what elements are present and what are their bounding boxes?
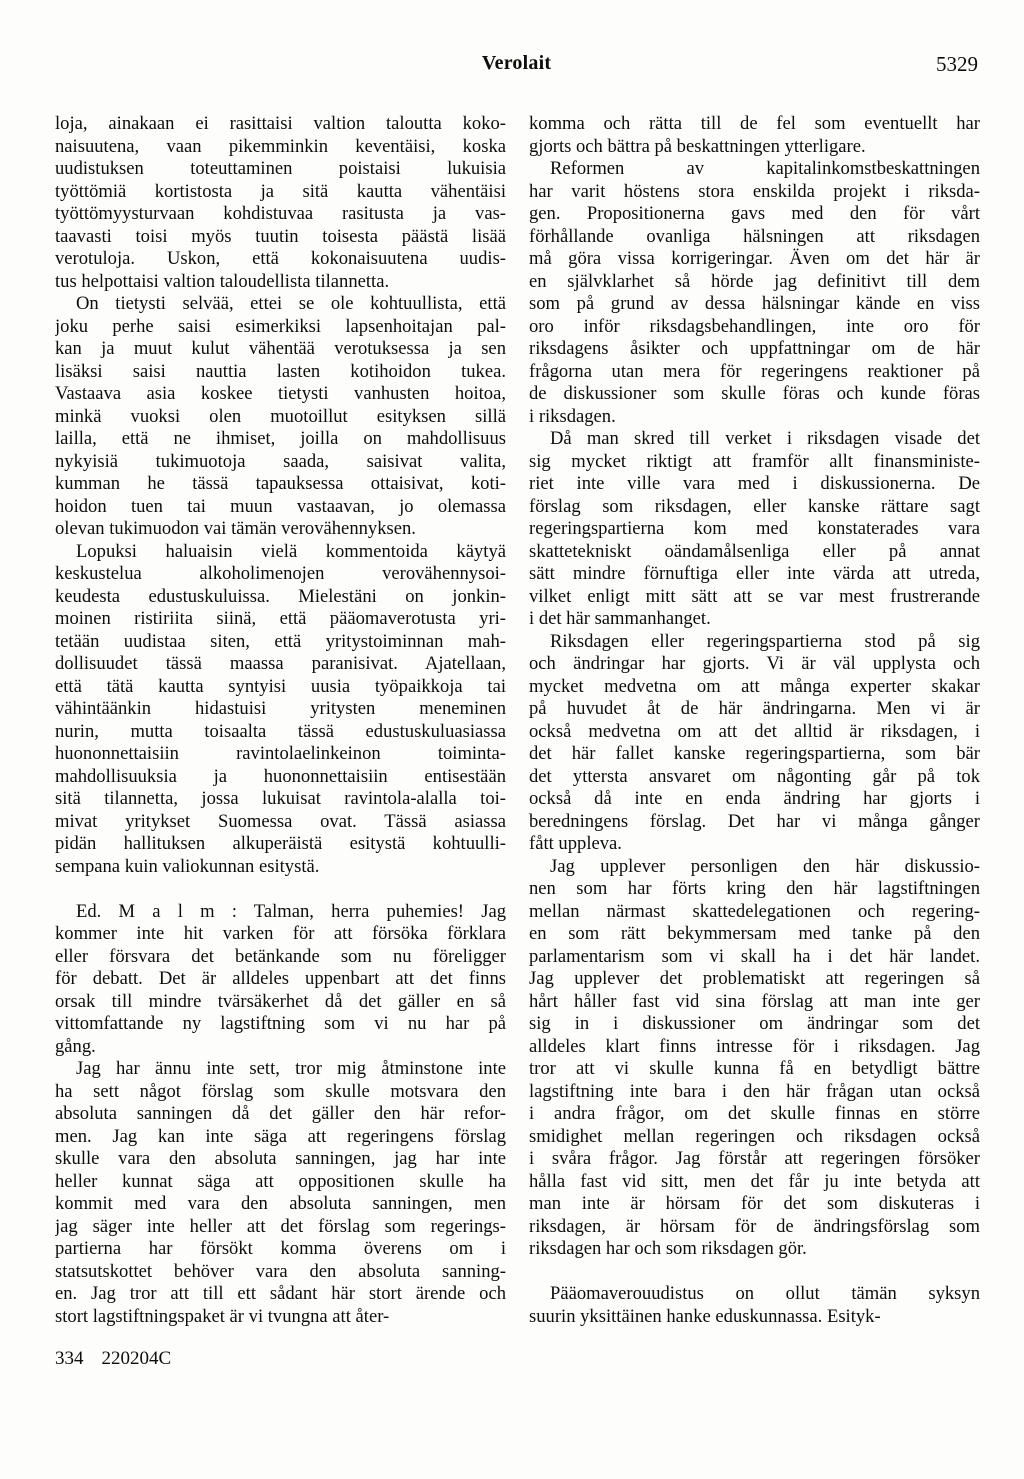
text-line: kommit med vara den absoluta sanningen, … bbox=[55, 1193, 506, 1216]
text-line: jag säger inte heller att det förslag so… bbox=[55, 1216, 506, 1239]
text-line: som på grund av dessa hälsningar kände e… bbox=[529, 293, 980, 316]
text-line: verotuloja. Uskon, että kokonaisuutena u… bbox=[55, 248, 506, 271]
text-line: i riksdagen. bbox=[529, 406, 980, 429]
text-line: eller försvara det betänkande som nu för… bbox=[55, 946, 506, 969]
document-page: Verolait 5329 loja, ainakaan ei rasittai… bbox=[0, 0, 1024, 1479]
text-line: tus helpottaisi valtion taloudellista ti… bbox=[55, 271, 506, 294]
text-line: en självklarhet så hörde jag definitivt … bbox=[529, 271, 980, 294]
text-line: Vastaava asia koskee tietysti vanhusten … bbox=[55, 383, 506, 406]
text-line: olevan tukimuodon vai tämän verovähennyk… bbox=[55, 518, 506, 541]
text-line: sätt mindre förnuftiga eller inte värda … bbox=[529, 563, 980, 586]
text-line: Jag upplever det problematiskt att reger… bbox=[529, 968, 980, 991]
text-line: orsak till mindre tvärsäkerhet då det gä… bbox=[55, 991, 506, 1014]
text-line: hålla fast vid sitt, men det får ju inte… bbox=[529, 1171, 980, 1194]
text-line: On tietysti selvää, ettei se ole kohtuul… bbox=[55, 293, 506, 316]
text-column-right: komma och rätta till de fel som eventuel… bbox=[529, 113, 980, 1328]
text-line: alldeles klart finns intresse för i riks… bbox=[529, 1036, 980, 1059]
text-line: fått uppleva. bbox=[529, 833, 980, 856]
text-line: förhållande ovanliga hälsningen att riks… bbox=[529, 226, 980, 249]
text-line: Lopuksi haluaisin vielä kommentoida käyt… bbox=[55, 541, 506, 564]
text-line: i det här sammanhanget. bbox=[529, 608, 980, 631]
paragraph: Reformen av kapitalinkomstbeskattningenh… bbox=[529, 158, 980, 428]
text-line: Jag upplever personligen den här diskuss… bbox=[529, 856, 980, 879]
text-line: gjorts och bättra på beskattningen ytter… bbox=[529, 136, 980, 159]
footer-signature-number: 334 bbox=[55, 1348, 84, 1369]
running-title: Verolait bbox=[55, 52, 978, 75]
text-line: Jag har ännu inte sett, tror mig åtminst… bbox=[55, 1058, 506, 1081]
text-line: partierna har försökt komma överens om i bbox=[55, 1238, 506, 1261]
text-line: taavasti toisi myös tuutin toisesta pääs… bbox=[55, 226, 506, 249]
text-line: vilket enligt mitt sätt att se var mest … bbox=[529, 586, 980, 609]
text-line: regeringspartierna kom med konstaterades… bbox=[529, 518, 980, 541]
paragraph: Lopuksi haluaisin vielä kommentoida käyt… bbox=[55, 541, 506, 879]
text-line: moinen ristiriita siinä, että pääomavero… bbox=[55, 608, 506, 631]
text-line: Pääomaverouudistus on ollut tämän syksyn bbox=[529, 1283, 980, 1306]
text-line: keudesta edustuskuluissa. Mielestäni on … bbox=[55, 586, 506, 609]
text-line: lagstiftning inte bara i den här frågan … bbox=[529, 1081, 980, 1104]
text-line: man inte är hörsam för det som diskutera… bbox=[529, 1193, 980, 1216]
text-line: mycket medvetna om att många experter sk… bbox=[529, 676, 980, 699]
text-line: sempana kuin valiokunnan esitystä. bbox=[55, 856, 506, 879]
text-line: pidän hallituksen alkuperäistä esitystä … bbox=[55, 833, 506, 856]
text-line: har varit höstens stora enskilda projekt… bbox=[529, 181, 980, 204]
text-line: förslag som riksdagen, eller kanske rätt… bbox=[529, 496, 980, 519]
text-line: hoidon tuen tai muun vastaavan, jo olema… bbox=[55, 496, 506, 519]
text-line: det här fallet kanske regeringspartierna… bbox=[529, 743, 980, 766]
text-line: statsutskottet behöver vara den absoluta… bbox=[55, 1261, 506, 1284]
text-line: i svåra frågor. Jag förstår att regering… bbox=[529, 1148, 980, 1171]
text-line: riksdagen, är hörsam för de ändringsförs… bbox=[529, 1216, 980, 1239]
paragraph: Pääomaverouudistus on ollut tämän syksyn… bbox=[529, 1283, 980, 1328]
text-line: vähintäänkin hidastuisi yritysten menemi… bbox=[55, 698, 506, 721]
page-number: 5329 bbox=[936, 52, 978, 77]
text-line: för debatt. Det är alldeles uppenbart at… bbox=[55, 968, 506, 991]
text-line: riksdagen har och som riksdagen gör. bbox=[529, 1238, 980, 1261]
text-line: på huvudet åt de här ändringarna. Men vi… bbox=[529, 698, 980, 721]
text-line: parlamentarism som vi skall ha i det här… bbox=[529, 946, 980, 969]
text-line: oro inför riksdagsbehandlingen, inte oro… bbox=[529, 316, 980, 339]
page-header: Verolait 5329 bbox=[55, 52, 978, 78]
paragraph: komma och rätta till de fel som eventuel… bbox=[529, 113, 980, 158]
text-line: nykyisiä tukimuotoja saada, saisivat val… bbox=[55, 451, 506, 474]
text-line: i andra frågor, om det skulle finnas en … bbox=[529, 1103, 980, 1126]
text-line: että tätä kautta syntyisi uusia työpaikk… bbox=[55, 676, 506, 699]
text-line: gång. bbox=[55, 1036, 506, 1059]
text-line: mahdollisuuksia ja huononnettaisiin enti… bbox=[55, 766, 506, 789]
text-line: sig mycket riktigt att framför allt fina… bbox=[529, 451, 980, 474]
text-line: Ed. M a l m : Talman, herra puhemies! Ja… bbox=[55, 901, 506, 924]
paragraph: Då man skred till verket i riksdagen vis… bbox=[529, 428, 980, 631]
text-line: skulle vara den absoluta sanningen, jag … bbox=[55, 1148, 506, 1171]
paragraph: Riksdagen eller regeringspartierna stod … bbox=[529, 631, 980, 856]
text-line: en. Jag tror att till ett sådant här sto… bbox=[55, 1283, 506, 1306]
text-line: riet inte ville vara med i diskussionern… bbox=[529, 473, 980, 496]
text-line: hårt håller fast vid sina förslag att ma… bbox=[529, 991, 980, 1014]
text-line: joku perhe saisi esimerkiksi lapsenhoita… bbox=[55, 316, 506, 339]
text-line: smidighet mellan regeringen och riksdage… bbox=[529, 1126, 980, 1149]
text-line: också medvetna om att det alltid är riks… bbox=[529, 721, 980, 744]
text-line: loja, ainakaan ei rasittaisi valtion tal… bbox=[55, 113, 506, 136]
text-line: minkä vuoksi olen muotoillut esityksen s… bbox=[55, 406, 506, 429]
text-line: men. Jag kan inte säga att regeringens f… bbox=[55, 1126, 506, 1149]
text-line: huononnettaisiin ravintolaelinkeinon toi… bbox=[55, 743, 506, 766]
text-line: dollisuudet tässä maassa paranisivat. Aj… bbox=[55, 653, 506, 676]
text-line: tror att vi skulle kunna få en betydligt… bbox=[529, 1058, 980, 1081]
text-line: mivat yritykset Suomessa ovat. Tässä asi… bbox=[55, 811, 506, 834]
paragraph: Jag upplever personligen den här diskuss… bbox=[529, 856, 980, 1261]
text-line: ha sett något förslag som skulle motsvar… bbox=[55, 1081, 506, 1104]
text-line: och ändringar har gjorts. Vi är väl uppl… bbox=[529, 653, 980, 676]
page-footer: 334220204C bbox=[55, 1348, 171, 1370]
text-line: heller kunnat säga att oppositionen skul… bbox=[55, 1171, 506, 1194]
text-line: Riksdagen eller regeringspartierna stod … bbox=[529, 631, 980, 654]
text-line: tetään uudistaa siten, että yritystoimin… bbox=[55, 631, 506, 654]
paragraph: loja, ainakaan ei rasittaisi valtion tal… bbox=[55, 113, 506, 293]
text-line: suurin yksittäinen hanke eduskunnassa. E… bbox=[529, 1306, 980, 1329]
text-line: työttömiä kortistosta ja sitä kautta väh… bbox=[55, 181, 506, 204]
text-line: Reformen av kapitalinkomstbeskattningen bbox=[529, 158, 980, 181]
paragraph: On tietysti selvää, ettei se ole kohtuul… bbox=[55, 293, 506, 541]
text-line: stort lagstiftningspaket är vi tvungna a… bbox=[55, 1306, 506, 1329]
text-line: riksdagens åsikter och uppfattningar om … bbox=[529, 338, 980, 361]
text-line: också då inte en enda ändring har gjorts… bbox=[529, 788, 980, 811]
text-line: mellan närmast skattedelegationen och re… bbox=[529, 901, 980, 924]
text-column-left: loja, ainakaan ei rasittaisi valtion tal… bbox=[55, 113, 506, 1328]
text-line: nurin, mutta toisaalta tässä edustuskulu… bbox=[55, 721, 506, 744]
text-line: kumman he tässä tapauksessa ottaisivat, … bbox=[55, 473, 506, 496]
text-line: det yttersta ansvaret om någonting går p… bbox=[529, 766, 980, 789]
text-line: vittomfattande ny lagstiftning som vi nu… bbox=[55, 1013, 506, 1036]
text-line: må göra vissa korrigeringar. Även om det… bbox=[529, 248, 980, 271]
text-line: lisäksi saisi nauttia lasten kotihoidon … bbox=[55, 361, 506, 384]
text-line: sig in i diskussioner om ändringar som d… bbox=[529, 1013, 980, 1036]
text-line: frågorna utan mera för regeringens reakt… bbox=[529, 361, 980, 384]
footer-print-code: 220204C bbox=[102, 1348, 172, 1369]
text-line: kan ja muut kulut vähentää verotuksessa … bbox=[55, 338, 506, 361]
paragraph: Ed. M a l m : Talman, herra puhemies! Ja… bbox=[55, 901, 506, 1059]
text-line: keskustelua alkoholimenojen verovähennys… bbox=[55, 563, 506, 586]
text-columns: loja, ainakaan ei rasittaisi valtion tal… bbox=[55, 113, 980, 1328]
text-line: uudistuksen toteuttaminen poistaisi luku… bbox=[55, 158, 506, 181]
text-line: beredningens förslag. Det har vi många g… bbox=[529, 811, 980, 834]
text-line: komma och rätta till de fel som eventuel… bbox=[529, 113, 980, 136]
text-line: lailla, että ne ihmiset, joilla on mahdo… bbox=[55, 428, 506, 451]
text-line: Då man skred till verket i riksdagen vis… bbox=[529, 428, 980, 451]
text-line: sitä tilannetta, jossa lukuisat ravintol… bbox=[55, 788, 506, 811]
text-line: absoluta sanningen då det gäller den här… bbox=[55, 1103, 506, 1126]
text-line: skattetekniskt oändamålsenliga eller på … bbox=[529, 541, 980, 564]
paragraph: Jag har ännu inte sett, tror mig åtminst… bbox=[55, 1058, 506, 1328]
text-line: de diskussioner som skulle föras och kun… bbox=[529, 383, 980, 406]
text-line: naisuutena, vaan pikemminkin keventäisi,… bbox=[55, 136, 506, 159]
text-line: nen som har förts kring den här lagstift… bbox=[529, 878, 980, 901]
text-line: työttömyysturvaan kohdistuvaa rasitusta … bbox=[55, 203, 506, 226]
text-line: kommer inte hit varken för att försöka f… bbox=[55, 923, 506, 946]
text-line: en som rätt bekymmersam med tanke på den bbox=[529, 923, 980, 946]
text-line: gen. Propositionerna gavs med den för vå… bbox=[529, 203, 980, 226]
